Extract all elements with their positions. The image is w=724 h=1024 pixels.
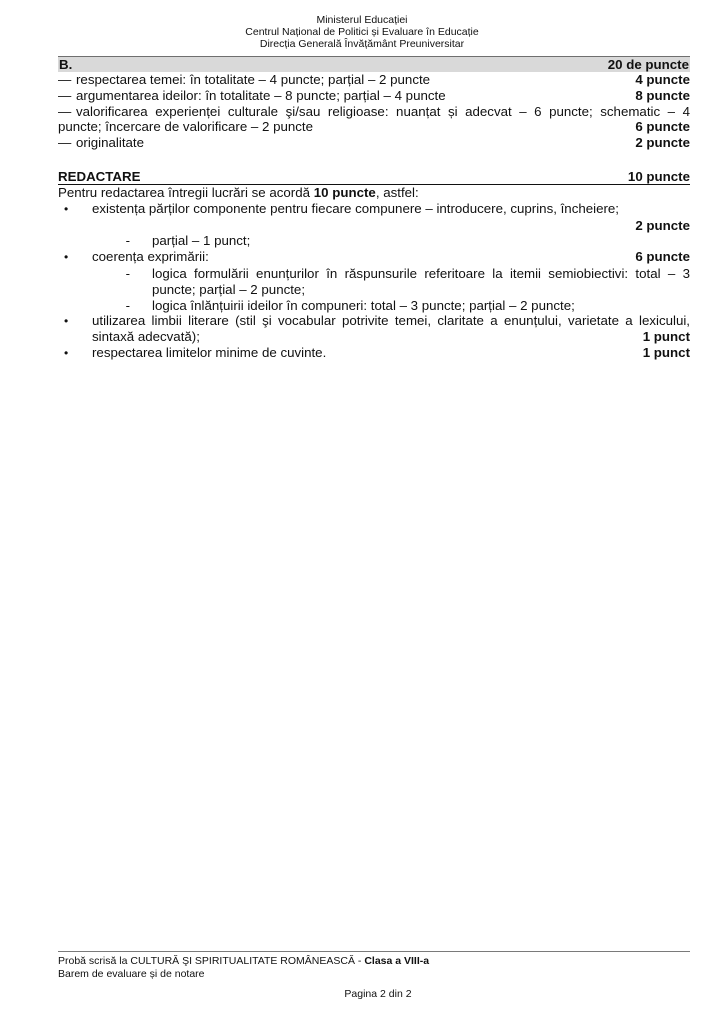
header-ministry: Ministerul Educației bbox=[0, 14, 724, 26]
bullet-points: 1 punct bbox=[643, 345, 690, 361]
criterion-row: —respectarea temei: în totalitate – 4 pu… bbox=[58, 72, 690, 88]
footer-subtitle: Barem de evaluare și de notare bbox=[58, 968, 690, 981]
bullet-icon: • bbox=[58, 346, 92, 362]
bullet-text: coerența exprimării: bbox=[92, 249, 627, 265]
bullet-icon: • bbox=[58, 314, 92, 330]
criterion-points: 4 puncte bbox=[635, 72, 690, 88]
bullet-item: • utilizarea limbii literare (stil şi vo… bbox=[58, 313, 690, 345]
criterion-text: valorificarea experienței culturale şi/s… bbox=[76, 104, 690, 119]
sub-text-continued: puncte; parțial – 2 puncte; bbox=[152, 282, 690, 298]
footer-divider bbox=[58, 951, 690, 952]
dash-marker: — bbox=[58, 72, 76, 88]
document-body: B. 20 de puncte —respectarea temei: în t… bbox=[58, 56, 690, 362]
sub-dash-marker: - bbox=[58, 298, 152, 314]
section-b-points: 20 de puncte bbox=[608, 57, 689, 72]
criterion-text-continued: puncte; încercare de valorificare – 2 pu… bbox=[58, 119, 627, 135]
dash-marker: — bbox=[58, 135, 76, 151]
bullet-icon: • bbox=[58, 202, 92, 218]
criterion-text: argumentarea ideilor: în totalitate – 8 … bbox=[76, 88, 446, 103]
bullet-text: existența părților componente pentru fie… bbox=[92, 201, 690, 217]
page-footer: Probă scrisă la CULTURĂ ŞI SPIRITUALITAT… bbox=[58, 955, 690, 1001]
bullet-text-continued: sintaxă adecvată); bbox=[92, 329, 635, 345]
dash-marker: — bbox=[58, 88, 76, 104]
criterion-points: 6 puncte bbox=[635, 119, 690, 135]
bullet-item: • respectarea limitelor minime de cuvint… bbox=[58, 345, 690, 362]
sub-text: logica formulării enunțurilor în răspuns… bbox=[152, 266, 690, 282]
criterion-points: 8 puncte bbox=[635, 88, 690, 104]
section-b-label: B. bbox=[59, 57, 72, 72]
criterion-points: 2 puncte bbox=[635, 135, 690, 151]
bullet-points: 6 puncte bbox=[635, 249, 690, 265]
redactare-label: REDACTARE bbox=[58, 169, 141, 184]
sub-text: parțial – 1 punct; bbox=[152, 233, 690, 249]
redactare-header: REDACTARE 10 puncte bbox=[58, 169, 690, 185]
header-center: Centrul Național de Politici și Evaluare… bbox=[0, 26, 724, 38]
bullet-text: utilizarea limbii literare (stil şi voca… bbox=[92, 313, 690, 329]
sub-item: - logica înlănțuirii ideilor în compuner… bbox=[58, 298, 690, 314]
bullet-points: 2 puncte bbox=[58, 218, 690, 234]
criterion-text: respectarea temei: în totalitate – 4 pun… bbox=[76, 72, 430, 87]
redactare-intro: Pentru redactarea întregii lucrări se ac… bbox=[58, 185, 690, 201]
bullet-points: 1 punct bbox=[643, 329, 690, 345]
footer-exam-title: Probă scrisă la CULTURĂ ŞI SPIRITUALITAT… bbox=[58, 955, 690, 968]
redactare-points: 10 puncte bbox=[628, 169, 690, 184]
section-b-header: B. 20 de puncte bbox=[58, 56, 690, 72]
bullet-icon: • bbox=[58, 250, 92, 266]
dash-marker: — bbox=[58, 104, 76, 120]
bullet-item: • coerența exprimării: 6 puncte bbox=[58, 249, 690, 266]
sub-dash-marker: - bbox=[58, 266, 152, 282]
page-header: Ministerul Educației Centrul Național de… bbox=[0, 14, 724, 50]
sub-text: logica înlănțuirii ideilor în compuneri:… bbox=[152, 298, 690, 314]
sub-item: - parțial – 1 punct; bbox=[58, 233, 690, 249]
criterion-row: —valorificarea experienței culturale şi/… bbox=[58, 104, 690, 136]
sub-dash-marker: - bbox=[58, 233, 152, 249]
sub-item: - logica formulării enunțurilor în răspu… bbox=[58, 266, 690, 298]
criterion-text: originalitate bbox=[76, 135, 144, 150]
bullet-item: • existența părților componente pentru f… bbox=[58, 201, 690, 218]
criterion-row: —argumentarea ideilor: în totalitate – 8… bbox=[58, 88, 690, 104]
criterion-row: —originalitate 2 puncte bbox=[58, 135, 690, 151]
page-number: Pagina 2 din 2 bbox=[58, 988, 690, 1001]
bullet-text: respectarea limitelor minime de cuvinte. bbox=[92, 345, 635, 361]
header-directorate: Direcția Generală Învățământ Preuniversi… bbox=[0, 38, 724, 50]
